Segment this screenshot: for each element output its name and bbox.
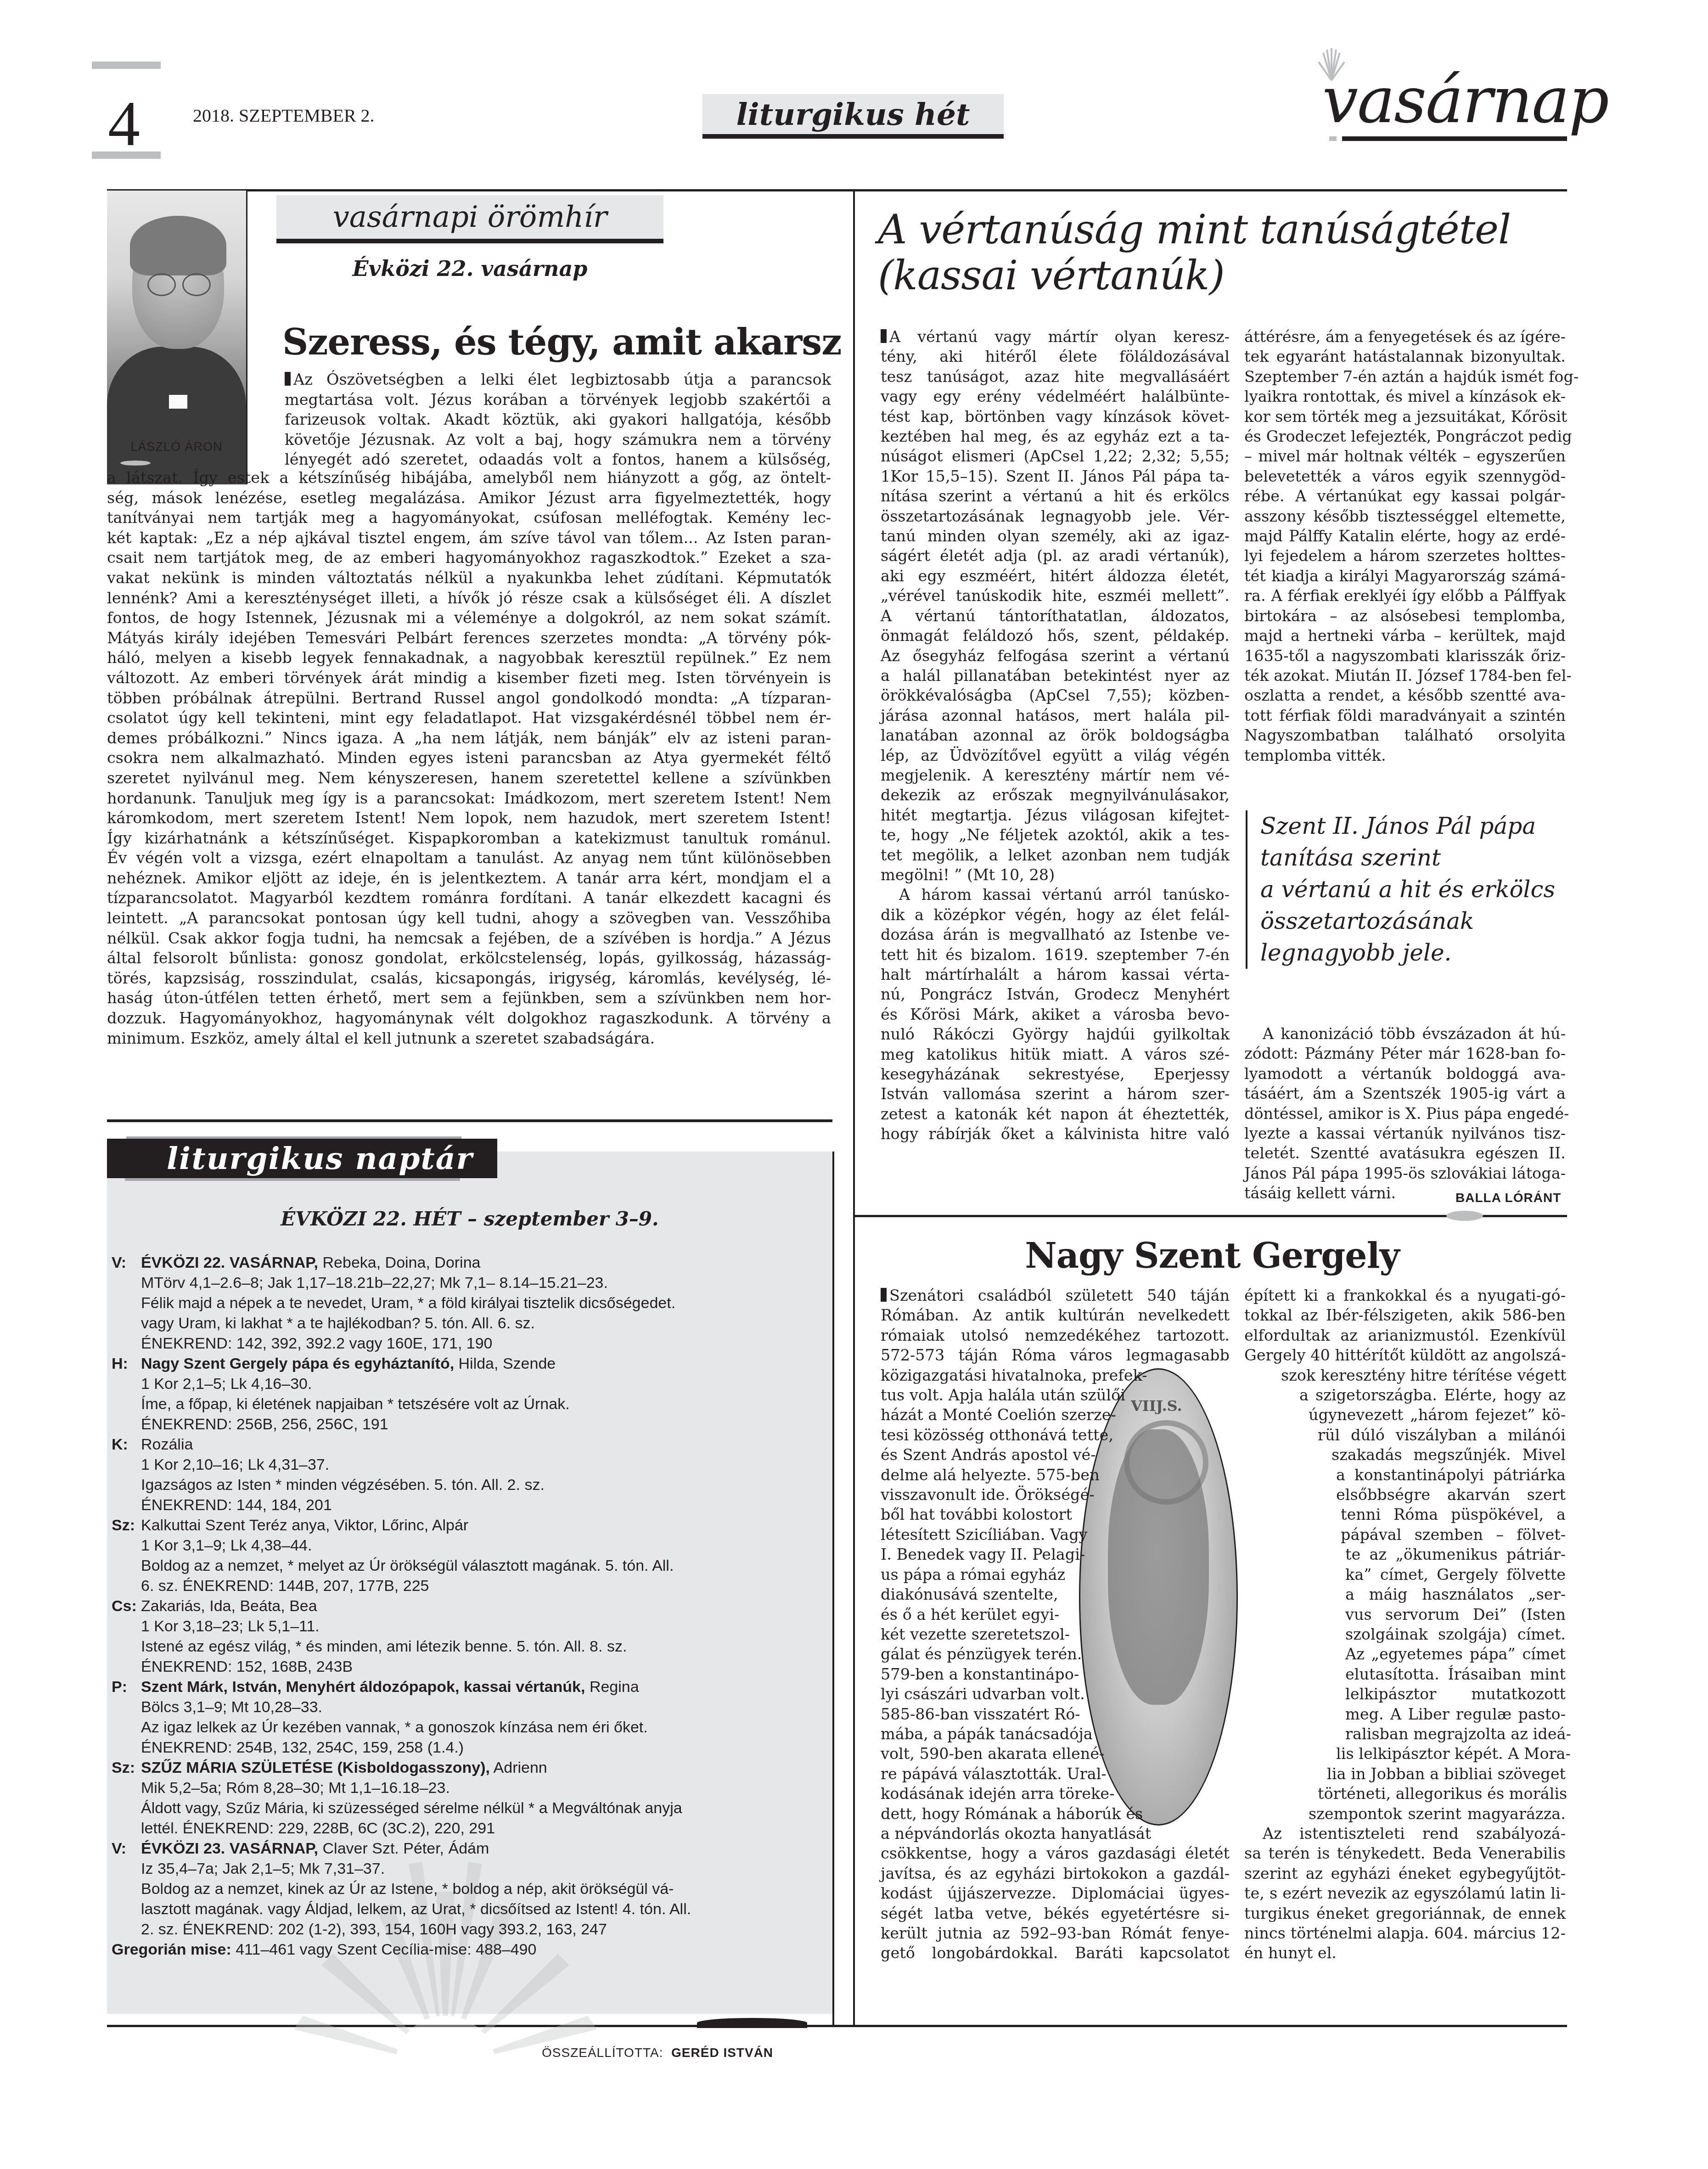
masthead-rule xyxy=(1342,136,1567,141)
text-line: tét kiadja a királyi Magyarország számá- xyxy=(1244,566,1566,586)
text-line: többen próbálnak átrepülni. Bertrand Rus… xyxy=(107,688,831,708)
text-line: a népvándorlás okozta hanyatlását xyxy=(881,1824,1124,1843)
text-line: összetartozásának legnagyobb jele. Vér- xyxy=(881,506,1230,526)
calendar-day: V:ÉVKÖZI 22. VASÁRNAP, Rebeka, Doina, Do… xyxy=(112,1253,828,1354)
text-line: került jutnia az 592–93-ban Rómát fenye- xyxy=(881,1923,1230,1943)
text-line: vus servorum Dei” (Isten xyxy=(1345,1605,1566,1624)
text-line: Az istentiszteleti rend szabályozá- xyxy=(1244,1824,1566,1843)
text-line: a máig használatos „ser- xyxy=(1345,1585,1566,1604)
text-line: majd a hertneki várba – kerültek, majd xyxy=(1244,626,1566,646)
text-line: nú, Pongrácz István, Grodecz Menyhért xyxy=(881,984,1230,1004)
reading-line: Az igaz lelkek az Úr kezében vannak, * a… xyxy=(141,1717,828,1737)
calendar-day: Sz:SZŰZ MÁRIA SZÜLETÉSE (Kisboldogasszon… xyxy=(112,1758,828,1838)
name-days: Kalkuttai Szent Teréz anya, Viktor, Lőri… xyxy=(141,1517,468,1534)
martyrs-author: BALLA LÓRÁNT xyxy=(1455,1191,1561,1205)
text-line: oszlatta a rendet, a később szentté ava- xyxy=(1244,686,1566,705)
text-line: hitét megtartja. Jézus világosan kifejte… xyxy=(881,805,1230,825)
text-line: káromkodom, mert szeretem Istent! Nem lo… xyxy=(107,808,831,828)
text-line: pápával szemben – fölvet- xyxy=(1341,1525,1566,1545)
text-line: re pápává választották. Ural- xyxy=(881,1764,1087,1784)
calendar-day: Cs:Zakariás, Ida, Beáta, Bea1 Kor 3,18–2… xyxy=(112,1596,828,1677)
text-line: Nagyszombatban található orsolyita xyxy=(1244,725,1566,745)
pull-quote: Szent II. János Pál pápatanítása szerint… xyxy=(1246,810,1591,969)
text-line: önmagát feláldozó hős, szent, példakép. xyxy=(881,626,1230,646)
reading-line: Bölcs 3,1–9; Mt 10,28–33. xyxy=(141,1697,828,1717)
text-line: ségét latba vetve, békés egyetértésre si… xyxy=(881,1904,1230,1923)
text-line: A három kassai vértanú arról tanúsko- xyxy=(881,885,1230,905)
text-line: lyezte a kassai vértanúk nyilvános tisz- xyxy=(1244,1124,1566,1143)
text-line: kesegyházának sekrestyése, Eperjessy xyxy=(881,1064,1230,1084)
text-line: vagy egy erény védelméért halálbünte- xyxy=(881,387,1230,406)
column-divider xyxy=(853,189,855,2026)
masthead-logo: vasárnap xyxy=(1322,69,1608,132)
text-line: nuló Rákóczi György hajdúi gyilkoltak xyxy=(881,1024,1230,1044)
martyrs-column-2: áttérésre, ám a fenyegetések és az ígére… xyxy=(1244,327,1566,765)
text-line: tesz tanúságot, azaz hite megvallásáért xyxy=(881,367,1230,387)
reading-line: Íme, a főpap, ki életének napjaiban * te… xyxy=(141,1394,828,1414)
text-line: csokra nem alkalmazható. Minden egyes is… xyxy=(107,748,831,768)
text-line: templomba vitték. xyxy=(1244,746,1566,765)
text-line: Az ősegyház felfogása szerint a vértanú xyxy=(881,646,1230,666)
text-line: két vezette szeretetszol- xyxy=(881,1624,1060,1644)
text-line: tet megölik, a lelket azonban nem tudják xyxy=(881,845,1230,865)
day-abbrev: Sz: xyxy=(112,1758,141,1838)
calendar-title-box: liturgikus naptár xyxy=(107,1139,497,1178)
name-days: Regina xyxy=(585,1678,639,1696)
text-line: farizeusok voltak. Akadt köztük, aki gya… xyxy=(285,410,831,430)
feast-name: SZŰZ MÁRIA SZÜLETÉSE (Kisboldogasszony), xyxy=(141,1759,490,1776)
name-days: Claver Szt. Péter, Ádám xyxy=(318,1840,489,1857)
text-line: tést kap, börtönben vagy kínzások követ- xyxy=(881,407,1230,427)
text-line: elfordultak az arianizmustól. Ezenkívül xyxy=(1244,1326,1566,1345)
text-line: ség, mások lenézése, esetleg megalázása.… xyxy=(107,488,831,508)
paragraph-marker-icon xyxy=(881,329,887,343)
text-line: tenni Róma püspökével, a xyxy=(1341,1505,1566,1524)
text-line: fontos, de hogy Istennek, Jézusnak mi a … xyxy=(107,608,831,628)
name-days: Rebeka, Doina, Dorina xyxy=(318,1254,480,1271)
text-line: ra. A férfiak ereklyéi így előbb a Pálff… xyxy=(1244,586,1566,606)
text-line: csait nem tartjátok meg, de az emberi ha… xyxy=(107,548,831,568)
text-line: én hunyt el. xyxy=(1244,1943,1566,1963)
calendar-title-accent-bottom xyxy=(125,1178,460,1181)
text-line: A kanonizáció több évszázadon át hú- xyxy=(1244,1024,1566,1044)
reading-line: ÉNEKREND: 144, 184, 201 xyxy=(141,1495,828,1515)
author-oval-ornament xyxy=(120,461,151,466)
reading-line: vagy Uram, ki lakhat * a te hajlékodban?… xyxy=(141,1313,828,1333)
text-line: 1635-től a nagyszombati klarisszák őriz- xyxy=(1244,646,1566,666)
section-title: liturgikus hét xyxy=(736,96,970,132)
text-line: törés, kapzsiság, rosszindulat, csalás, … xyxy=(107,968,831,989)
reading-line: Iz 35,4–7a; Jak 2,1–5; Mk 7,31–37. xyxy=(141,1859,828,1879)
text-line: szok keresztény hitre térítése végett xyxy=(1281,1365,1566,1385)
text-line: csökkentse, hogy a város gazdasági életé… xyxy=(881,1843,1230,1863)
text-line: elsőbbségre akarván szert xyxy=(1336,1485,1566,1505)
text-line: gálat és pénzügyek terén. xyxy=(881,1644,1060,1664)
calendar-day: H:Nagy Szent Gergely pápa és egyháztanít… xyxy=(112,1354,828,1434)
issue-date: 2018. SZEPTEMBER 2. xyxy=(193,105,375,126)
reading-line: MTörv 4,1–2.6–8; Jak 1,17–18.21b–22,27; … xyxy=(141,1273,828,1293)
text-line: ralisban megrajzolta az ideá- xyxy=(1345,1724,1566,1744)
text-line: mába, a pápák tanácsadója xyxy=(881,1724,1069,1744)
day-name: Zakariás, Ida, Beáta, Bea xyxy=(141,1596,828,1616)
reading-line: Igazságos az Isten * minden végzésében. … xyxy=(141,1475,828,1495)
text-line: dozzuk. Hagyományokhoz, hagyománynak vél… xyxy=(107,1008,831,1028)
text-line: aki egy eszméért, hitért áldozza életét, xyxy=(881,566,1230,586)
text-line: Az Ószövetségben a lelki élet legbiztosa… xyxy=(293,371,831,388)
feast-name: ÉVKÖZI 22. VASÁRNAP, xyxy=(141,1254,318,1271)
day-name: Kalkuttai Szent Teréz anya, Viktor, Lőri… xyxy=(141,1515,828,1535)
calendar-day: K:Rozália1 Kor 2,10–16; Lk 4,31–37.Igazs… xyxy=(112,1434,828,1515)
text-line: tesi közösség otthonává tette, xyxy=(881,1425,1092,1445)
text-line: tásáért, ám a Szentszék 1905-ig várt a xyxy=(1244,1084,1566,1103)
column-kicker: vasárnapi örömhír xyxy=(276,195,663,243)
text-line: rébe. A vértanúkat egy kassai polgár- xyxy=(1244,486,1566,506)
paragraph-marker-icon xyxy=(285,372,291,386)
text-line: háló, melyen a kisebb legyek fennakadnak… xyxy=(107,648,831,668)
text-line: rül dúló viszályban a milánói xyxy=(1318,1425,1566,1445)
homily-bottom-rule xyxy=(107,1119,832,1122)
text-line: megölni! ” (Mt 10, 28) xyxy=(881,865,1230,885)
reading-line: Mik 5,2–5a; Róm 8,28–30; Mt 1,1–16.18–23… xyxy=(141,1778,828,1798)
text-line: lennénk? Ami a kereszténységet illeti, a… xyxy=(107,588,831,608)
reading-line: 1 Kor 3,18–23; Lk 5,1–11. xyxy=(141,1616,828,1636)
text-line: haság úton-útfélen tetten érhető, mert s… xyxy=(107,988,831,1008)
text-line: nélkül. Csak akkor fogja tudni, ha nemcs… xyxy=(107,928,831,949)
text-line: csolatot úgy kell tekinteni, mint egy fe… xyxy=(107,708,831,728)
reading-line: Boldog az a nemzet, kinek az Úr az Isten… xyxy=(141,1879,828,1899)
text-line: megtartása volt. Jézus korában a törvény… xyxy=(285,390,831,410)
text-line: keztében hal meg, és az egyház ezt a ta- xyxy=(881,427,1230,446)
calendar-day: V:ÉVKÖZI 23. VASÁRNAP, Claver Szt. Péter… xyxy=(112,1838,828,1939)
text-line: volt, 590-ben akarata ellené- xyxy=(881,1744,1083,1764)
text-line: járása azonnal hatásos, mert halála pil- xyxy=(881,706,1230,725)
text-line: I. Benedek vagy II. Pelagi- xyxy=(881,1545,1060,1564)
text-line: áttérésre, ám a fenyegetések és az ígére… xyxy=(1244,327,1566,347)
calendar-right-rule xyxy=(832,1152,834,2025)
text-line: lyamodott a vértanúk boldoggá ava- xyxy=(1244,1064,1566,1084)
day-name: Rozália xyxy=(141,1434,828,1455)
text-line: dett, hogy Rómának a háborúk és xyxy=(881,1804,1101,1824)
text-line: a látszat. Így estek a kétszínűség hibáj… xyxy=(107,468,831,488)
text-line: lia in Jobban a bibliai szöveget xyxy=(1327,1764,1566,1784)
text-line: „vérével tanúskodik hite, eszméi mellett… xyxy=(881,586,1230,606)
text-line: demes próbálkozni.” Nincs igaza. A „ha n… xyxy=(107,728,831,748)
calendar-day: Sz:Kalkuttai Szent Teréz anya, Viktor, L… xyxy=(112,1515,828,1596)
text-line: kor sem törték meg a jezsuitákat, Kőrösi… xyxy=(1244,407,1566,427)
text-line: visszavonult ide. Örökségé- xyxy=(881,1485,1060,1505)
text-line: nehéznek. Amikor eljött az ideje, én is … xyxy=(107,868,831,888)
text-line: lényegét adó szeretet, odaadás volt a fo… xyxy=(285,450,831,470)
text-line: ságért életét adja (pl. az aradi vértanú… xyxy=(881,546,1230,566)
text-line: örökkévalóságba (ApCsel 7,55); közben- xyxy=(881,686,1230,705)
text-line: 1Kor 15,5–15). Szent II. János Pál pápa … xyxy=(881,466,1230,486)
gregorian-mass: Gregorián mise: 411–461 vagy Szent Cecíl… xyxy=(112,1939,828,1960)
martyrs-column-1: A vértanú vagy mártír olyan keresz-tény,… xyxy=(881,327,1230,1144)
name-days: Hilda, Szende xyxy=(454,1355,556,1372)
calendar-list: V:ÉVKÖZI 22. VASÁRNAP, Rebeka, Doina, Do… xyxy=(112,1253,828,1960)
text-line: ből hat további kolostort xyxy=(881,1505,1060,1524)
text-line: tus volt. Apja halála után szülői xyxy=(881,1385,1110,1405)
calendar-title: liturgikus naptár xyxy=(167,1141,473,1176)
text-line: Mátyás király idejében Temesvári Pelbárt… xyxy=(107,628,831,648)
homily-body: a látszat. Így estek a kétszínűség hibáj… xyxy=(107,468,831,1048)
credit-name: GERÉD ISTVÁN xyxy=(671,2045,773,2060)
reading-line: 1 Kor 2,10–16; Lk 4,31–37. xyxy=(141,1455,828,1475)
text-line: épített ki a frankokkal és a nyugati-gó- xyxy=(1244,1286,1566,1305)
reading-line: Áldott vagy, Szűz Mária, ki szüzességed … xyxy=(141,1798,828,1818)
text-line: lyi császári udvarban volt. xyxy=(881,1684,1064,1704)
text-line: kodást újjászervezze. Diplomáciai ügyes- xyxy=(881,1883,1230,1903)
day-abbrev: P: xyxy=(112,1677,141,1758)
gregory-column-2: épített ki a frankokkal és a nyugati-gó-… xyxy=(1244,1286,1566,1963)
reading-line: 6. sz. ÉNEKREND: 144B, 207, 177B, 225 xyxy=(141,1576,828,1596)
text-line: 579-ben a konstantinápo- xyxy=(881,1664,1064,1684)
credit-oval-ornament xyxy=(697,2018,807,2028)
text-line: tanítása szerint xyxy=(1260,842,1591,874)
text-line: legnagyobb jele. xyxy=(1260,937,1591,969)
text-line: által felsorolt bűnlista: gonosz gondola… xyxy=(107,948,831,968)
text-line: meg katolikus hitük miatt. A város szé- xyxy=(881,1045,1230,1064)
text-line: tanú minden olyan személy, aki az igaz- xyxy=(881,526,1230,546)
text-line: házát a Monté Coelión szerze- xyxy=(881,1405,1092,1425)
text-line: lanatában azonnal az örök boldogságba xyxy=(881,725,1230,745)
day-abbrev: V: xyxy=(112,1253,141,1354)
page-number-bar-bottom xyxy=(92,152,161,159)
text-line: Gergely 40 hittérítőt küldött az angolsz… xyxy=(1244,1345,1566,1365)
text-line: Szeptember 7-én aztán a hajdúk ismét fog… xyxy=(1244,367,1566,387)
section-tab: liturgikus hét xyxy=(702,94,1004,139)
kicker-text: vasárnapi örömhír xyxy=(333,200,607,234)
day-abbrev: V: xyxy=(112,1838,141,1939)
calendar-day: P:Szent Márk, István, Menyhért áldozópap… xyxy=(112,1677,828,1758)
gregory-column-1: Szenátori családból született 540 tájánR… xyxy=(881,1286,1230,1963)
text-line: belevetették a város egyik szennygöd- xyxy=(1244,466,1566,486)
reading-line: ÉNEKREND: 152, 168B, 243B xyxy=(141,1657,828,1677)
text-line: Szent II. János Pál pápa xyxy=(1260,810,1591,842)
feast-name: Szent Márk, István, Menyhért áldozópapok… xyxy=(141,1678,585,1696)
text-line: közigazgatási hivatalnoka, prefek- xyxy=(881,1365,1142,1385)
text-line: lis lelkipásztor képét. A Mora- xyxy=(1336,1744,1566,1764)
reading-line: Istené az egész világ, * és minden, ami … xyxy=(141,1636,828,1657)
text-line: tek egyaránt hatástalannak bizonyultak. xyxy=(1244,347,1566,366)
text-line: nincs történelmi alapja. 604. március 12… xyxy=(1244,1923,1566,1943)
text-line: Az „egyetemes pápa” címet xyxy=(1345,1644,1566,1664)
day-abbrev: H: xyxy=(112,1354,141,1434)
text-line: minimum. Eszköz, amely által el kell jut… xyxy=(107,1028,831,1049)
page-number-bar-top xyxy=(92,62,161,69)
text-line: tett hit és bizalom. 1619. szeptember 7-… xyxy=(881,945,1230,965)
text-line: Így kizárhatnánk a kétszínűséget. Kispap… xyxy=(107,828,831,848)
reading-line: ÉNEKREND: 142, 392, 392.2 vagy 160E, 171… xyxy=(141,1333,828,1354)
text-line: ték azokat. Miután II. József 1784-ben f… xyxy=(1244,666,1566,686)
text-line: vakat nekünk is minden változtatás nélkü… xyxy=(107,568,831,588)
headline-line: A vértanúság mint tanúságtétel xyxy=(878,207,1511,253)
text-line: núságot elismeri (ApCsel 1,22; 2,32; 5,5… xyxy=(881,446,1230,466)
text-line: leintett. „A parancsokat pontosan úgy ke… xyxy=(107,908,831,928)
calendar-credit: ÖSSZEÁLLÍTOTTA: GERÉD ISTVÁN xyxy=(542,2045,773,2060)
text-line: elutasította. Írásaiban mint xyxy=(1345,1664,1566,1684)
text-line: sa terén is ténykedett. Beda Venerabilis xyxy=(1244,1843,1566,1863)
reading-line: ÉNEKREND: 254B, 132, 254C, 159, 258 (1.4… xyxy=(141,1737,828,1758)
text-line: majd Pálffy Katalin elérte, hogy az erdé… xyxy=(1244,526,1566,546)
text-line: dekezik az erőszak megnyilvánulásakor, xyxy=(881,785,1230,805)
text-line: gető longobárdokkal. Baráti kapcsolatot xyxy=(881,1943,1230,1963)
reading-line: 1 Kor 3,1–9; Lk 4,38–44. xyxy=(141,1535,828,1556)
text-line: a szigetországba. Elérte, hogy az xyxy=(1299,1385,1566,1405)
text-line: tanítványai nem tartják meg a hagyományo… xyxy=(107,508,831,528)
headline-line: (kassai vértanúk) xyxy=(878,253,1511,298)
text-line: tízparancsolatot. Magyarból kezdtem romá… xyxy=(107,888,831,908)
day-name: ÉVKÖZI 22. VASÁRNAP, Rebeka, Doina, Dori… xyxy=(141,1253,828,1273)
text-line: Szenátori családból született 540 táján xyxy=(881,1286,1230,1305)
martyrs-column-2-end: A kanonizáció több évszázadon át hú-zódo… xyxy=(1244,1024,1566,1203)
name-days: Zakariás, Ida, Beáta, Bea xyxy=(141,1597,317,1615)
name-days: Adrienn xyxy=(490,1759,547,1776)
calendar-week: ÉVKÖZI 22. HÉT – szeptember 3–9. xyxy=(107,1208,832,1230)
text-line: lép, az Üdvözítővel együtt a világ végén xyxy=(881,746,1230,765)
text-line: Rómában. Az antik kultúrán nevelkedett xyxy=(881,1305,1230,1325)
text-line: meg. A Liber regulæ pasto- xyxy=(1345,1704,1566,1724)
top-rule xyxy=(107,189,1567,191)
feast-name: Nagy Szent Gergely pápa és egyháztanító, xyxy=(141,1355,454,1372)
day-name: Nagy Szent Gergely pápa és egyháztanító,… xyxy=(141,1354,828,1374)
text-line: és Kőrösi Márk, akiket a városba bevo- xyxy=(881,1005,1230,1024)
text-line: kodásának idején arra töreke- xyxy=(881,1784,1092,1804)
text-line: te, hogy „Ne féljetek azoktól, akik a te… xyxy=(881,825,1230,845)
text-line: két kaptak: „Ez a nép ajkával tisztel en… xyxy=(107,528,831,548)
homily-intro: Az Ószövetségben a lelki élet legbiztosa… xyxy=(285,370,831,470)
reading-line: Boldog az a nemzet, * melyet az Úr öröks… xyxy=(141,1556,828,1576)
day-abbrev: Cs: xyxy=(112,1596,141,1677)
text-line: szerint az egyházi éneket egybegyűjtöt- xyxy=(1244,1864,1566,1883)
text-line: A vértanú tántoríthatatlan, áldozatos, xyxy=(881,606,1230,626)
text-line: turgikus éneket gregoriánnak, de ennek xyxy=(1244,1904,1566,1923)
day-abbrev: Sz: xyxy=(112,1515,141,1596)
text-line: követője Jézusnak. Az volt a baj, hogy s… xyxy=(285,430,831,450)
text-line: 585-86-ban visszatért Ró- xyxy=(881,1704,1064,1724)
text-line: – mivel már holtnak vélték – egyszerűen xyxy=(1244,446,1566,466)
reading-line: lettél. ÉNEKREND: 229, 228B, 6C (3C.2), … xyxy=(141,1818,828,1838)
paragraph-marker-icon xyxy=(881,1288,887,1302)
text-line: hogy rábírják őket a kálvinista hitre va… xyxy=(881,1124,1230,1144)
text-line: A vértanú vagy mártír olyan keresz- xyxy=(881,327,1230,347)
text-line: tott férfiak földi maradványait a szinté… xyxy=(1244,706,1566,725)
text-line: tokkal az Ibér-félszigeten, akik 586-ben xyxy=(1244,1305,1566,1325)
martyrs-headline: A vértanúság mint tanúságtétel (kassai v… xyxy=(878,207,1511,298)
text-line: us pápa a római egyház xyxy=(881,1565,1055,1585)
text-line: István vallomása szerint a három szer- xyxy=(881,1084,1230,1104)
text-line: nítása szerint a vértanú a hit és erkölc… xyxy=(881,486,1230,506)
masthead-rule-gray xyxy=(1329,136,1337,141)
text-line: zetest a katonák két napon át éheztették… xyxy=(881,1104,1230,1124)
text-line: úgynevezett „három fejezet” kö- xyxy=(1309,1405,1566,1425)
text-line: szakadás megszűnjék. Mivel xyxy=(1332,1445,1566,1465)
text-line: változott. Az emberi törvények árát mind… xyxy=(107,668,831,688)
reading-line: ÉNEKREND: 256B, 256, 256C, 191 xyxy=(141,1414,828,1434)
text-line: szeretet nyilvánul meg. Nem kényszeresen… xyxy=(107,768,831,788)
day-abbrev: K: xyxy=(112,1434,141,1515)
text-line: és Szent András apostol vé- xyxy=(881,1445,1078,1465)
text-line: szolgáinak szolgája) címet. xyxy=(1345,1624,1566,1644)
text-line: történeti, allegorikus és morális xyxy=(1318,1784,1566,1804)
text-line: dik a középkor végén, hogy az élet felál… xyxy=(881,905,1230,925)
page-number: 4 xyxy=(108,92,140,156)
liturgical-day: Évközi 22. vasárnap xyxy=(276,256,663,281)
text-line: te, s ezért nevezik az egyszólamú latin … xyxy=(1244,1883,1566,1903)
text-line: birtokára – az alsósebesi templomba, xyxy=(1244,606,1566,626)
name-days: Rozália xyxy=(141,1436,193,1453)
text-line: asszony később tisztességgel eltemette, xyxy=(1244,506,1566,526)
text-line: a halál pillanatában betekintést nyer az xyxy=(881,666,1230,686)
reading-line: 1 Kor 2,1–5; Lk 4,16–30. xyxy=(141,1374,828,1394)
gregory-headline: Nagy Szent Gergely xyxy=(854,1235,1570,1276)
gregorian-text: 411–461 vagy Szent Cecília-mise: 488–490 xyxy=(231,1941,537,1958)
author-oval-ornament xyxy=(1446,1211,1483,1221)
text-span: Szenátori családból született 540 táján xyxy=(889,1287,1230,1304)
homily-headline: Szeress, és tégy, amit akarsz xyxy=(282,321,841,363)
reading-line: 2. sz. ÉNEKREND: 202 (1-2), 393, 154, 16… xyxy=(141,1919,828,1939)
text-line: létesített Szicíliában. Vagy xyxy=(881,1525,1060,1545)
text-line: a vértanú a hit és erkölcs xyxy=(1260,874,1591,905)
text-line: lelkipásztor mutatkozott xyxy=(1345,1684,1566,1704)
text-line: te az „ökumenikus pátriár- xyxy=(1345,1545,1566,1564)
feast-name: ÉVKÖZI 23. VASÁRNAP, xyxy=(141,1840,318,1857)
text-line: teletét. Szentté avatásukra egészen II. xyxy=(1244,1143,1566,1163)
text-line: delme alá helyezte. 575-ben xyxy=(881,1465,1069,1485)
text-line: ka” címet, Gergely fölvette xyxy=(1345,1565,1566,1585)
text-line: tény, aki hitéről élete föláldozásával xyxy=(881,347,1230,366)
day-name: ÉVKÖZI 23. VASÁRNAP, Claver Szt. Péter, … xyxy=(141,1838,828,1859)
text-span: A vértanú vagy mártír olyan keresz- xyxy=(889,328,1230,346)
day-name: SZŰZ MÁRIA SZÜLETÉSE (Kisboldogasszony),… xyxy=(141,1758,828,1778)
day-name: Szent Márk, István, Menyhért áldozópapok… xyxy=(141,1677,828,1697)
text-line: megjelenik. A keresztény mártír nem vé- xyxy=(881,765,1230,785)
text-line: rómaiak utolsó nemzedékéhez tartozott. xyxy=(881,1326,1230,1345)
text-line: Év végén volt a vizsga, ezért elnapoltam… xyxy=(107,848,831,868)
text-line: a konstantinápolyi pátriárka xyxy=(1336,1465,1566,1485)
text-line: döntéssel, amikor is X. Pius pápa engedé… xyxy=(1244,1104,1566,1124)
gregorian-label: Gregorián mise: xyxy=(112,1941,231,1958)
text-line: szempontok szerint magyarázza. xyxy=(1309,1804,1566,1824)
reading-line: lasztott magának. vagy Áldjad, lelkem, a… xyxy=(141,1899,828,1919)
text-line: halt mártírhalált a három kassai vérta- xyxy=(881,965,1230,984)
text-line: javítsa, és az egyházi birtokokon a gazd… xyxy=(881,1864,1230,1883)
text-line: és Grodeczet lefejezték, Pongráczot pedi… xyxy=(1244,427,1566,446)
text-line: hordanunk. Tanuljuk meg így is a parancs… xyxy=(107,788,831,809)
text-line: lyaikra rontottak, és mivel a kínzások e… xyxy=(1244,387,1566,406)
text-line: lyi fejedelem a három szerzetes holttes- xyxy=(1244,546,1566,566)
text-line: zódott: Pázmány Péter már 1628-ban fo- xyxy=(1244,1044,1566,1063)
text-line: és ő a hét kerület egyi- xyxy=(881,1605,1055,1624)
text-line: dozása árán is megvallható az Istenbe ve… xyxy=(881,925,1230,944)
text-line: 572-573 táján Róma város legmagasabb xyxy=(881,1345,1230,1365)
text-line: összetartozásának xyxy=(1260,905,1591,937)
text-line: diakónusává szentelte, xyxy=(881,1585,1055,1604)
credit-label: ÖSSZEÁLLÍTOTTA: xyxy=(542,2045,663,2060)
text-line: János Pál pápa 1995-ös szlovákiai látoga… xyxy=(1244,1163,1566,1183)
homily-author: LÁSZLÓ ÁRON xyxy=(107,440,246,454)
reading-line: Félik majd a népek a te nevedet, Uram, *… xyxy=(141,1293,828,1313)
